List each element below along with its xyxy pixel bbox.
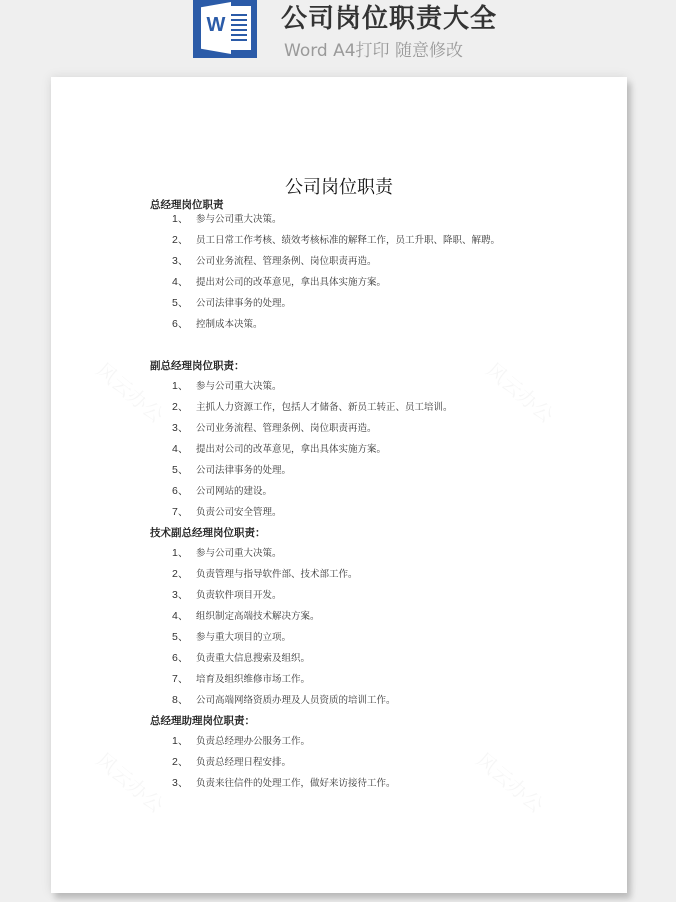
list-item: 6、控制成本决策。 [172, 316, 263, 331]
list-item: 3、负责来往信件的处理工作，做好来访接待工作。 [172, 775, 396, 790]
list-item: 3、公司业务流程、管理条例、岗位职责再造。 [172, 253, 377, 268]
list-item: 1、参与公司重大决策。 [172, 211, 282, 226]
list-item: 5、公司法律事务的处理。 [172, 462, 291, 477]
banner-title: 公司岗位职责大全 [281, 0, 497, 35]
list-item: 2、负责管理与指导软件部、技术部工作。 [172, 566, 358, 581]
list-item: 4、组织制定高端技术解决方案。 [172, 608, 320, 623]
list-item: 2、员工日常工作考核、绩效考核标准的解释工作，员工升职、降职、解聘。 [172, 232, 500, 247]
list-item: 3、负责软件项目开发。 [172, 587, 282, 602]
list-item: 8、公司高端网络资质办理及人员资质的培训工作。 [172, 692, 396, 707]
watermark: 风云办公 [91, 745, 171, 819]
banner-subtitle: Word A4打印 随意修改 [284, 36, 463, 61]
list-item: 6、负责重大信息搜索及组织。 [172, 650, 310, 665]
list-item: 5、公司法律事务的处理。 [172, 295, 291, 310]
section-heading: 总经理岗位职责 [150, 197, 224, 212]
list-item: 2、主抓人力资源工作，包括人才储备、新员工转正、员工培训。 [172, 399, 453, 414]
list-item: 1、参与公司重大决策。 [172, 545, 282, 560]
list-item: 3、公司业务流程、管理条例、岗位职责再造。 [172, 420, 377, 435]
watermark: 风云办公 [471, 745, 551, 819]
list-item: 7、培育及组织维修市场工作。 [172, 671, 310, 686]
list-item: 4、提出对公司的改革意见，拿出具体实施方案。 [172, 274, 386, 289]
list-item: 1、参与公司重大决策。 [172, 378, 282, 393]
section-heading: 技术副总经理岗位职责： [150, 525, 266, 540]
list-item: 5、参与重大项目的立项。 [172, 629, 291, 644]
list-item: 2、负责总经理日程安排。 [172, 754, 291, 769]
banner: W 公司岗位职责大全 Word A4打印 随意修改 [0, 0, 676, 66]
list-item: 4、提出对公司的改革意见，拿出具体实施方案。 [172, 441, 386, 456]
watermark: 风云办公 [481, 355, 561, 429]
section-heading: 副总经理岗位职责： [150, 358, 245, 373]
list-item: 1、负责总经理办公服务工作。 [172, 733, 310, 748]
list-item: 6、公司网站的建设。 [172, 483, 272, 498]
document-page: 风云办公 风云办公 风云办公 风云办公 公司岗位职责 总经理岗位职责 1、参与公… [51, 77, 627, 893]
document-title: 公司岗位职责 [51, 173, 627, 199]
list-item: 7、负责公司安全管理。 [172, 504, 282, 519]
word-icon: W [193, 0, 257, 58]
section-heading: 总经理助理岗位职责： [150, 713, 255, 728]
word-icon-letter: W [203, 14, 229, 37]
